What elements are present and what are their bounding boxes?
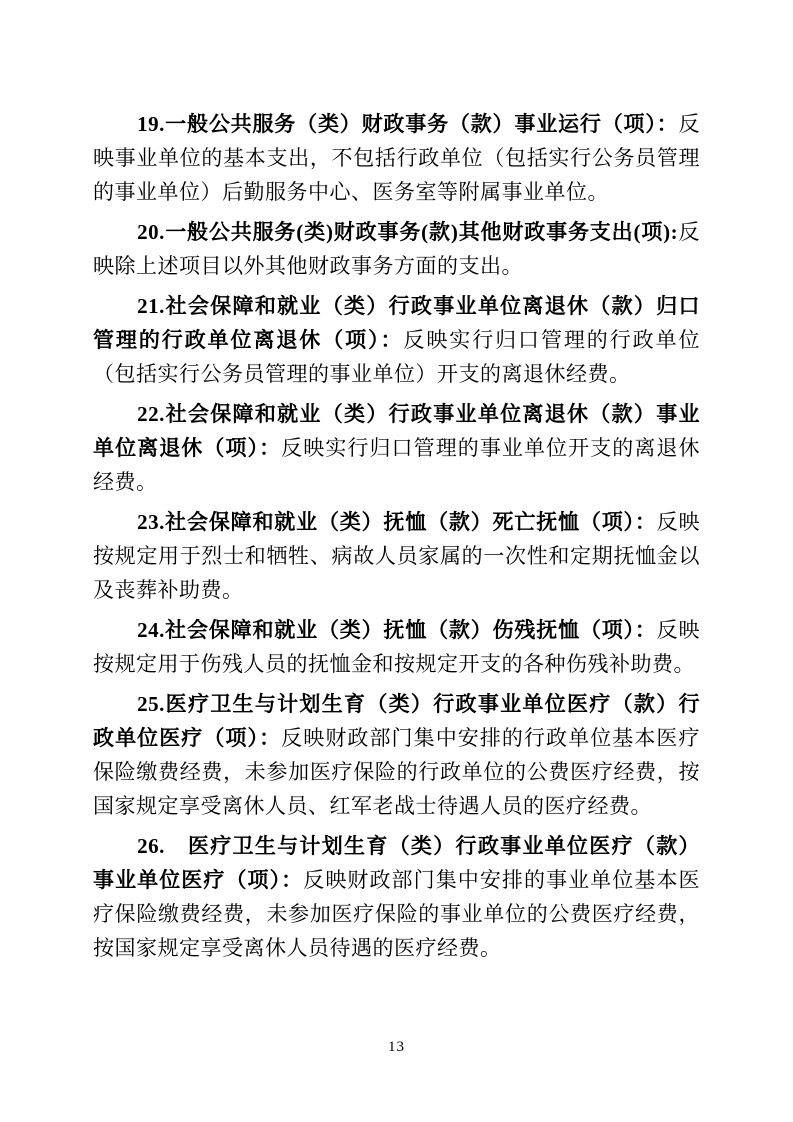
- document-page: 19.一般公共服务（类）财政事务（款）事业运行（项）：反映事业单位的基本支出，不…: [0, 0, 793, 1122]
- budget-item-22: 22.社会保障和就业（类）行政事业单位离退休（款）事业单位离退休（项）：反映实行…: [93, 397, 700, 499]
- budget-item-25: 25.医疗卫生与计划生育（类）行政事业单位医疗（款）行政单位医疗（项）：反映财政…: [93, 687, 700, 823]
- page-number: 13: [0, 1038, 793, 1056]
- budget-item-19: 19.一般公共服务（类）财政事务（款）事业运行（项）：反映事业单位的基本支出，不…: [93, 107, 700, 209]
- budget-item-23: 23.社会保障和就业（类）抚恤（款）死亡抚恤（项）：反映按规定用于烈士和牺牲、病…: [93, 505, 700, 607]
- budget-item-21: 21.社会保障和就业（类）行政事业单位离退休（款）归口管理的行政单位离退休（项）…: [93, 289, 700, 391]
- item-20-heading: 20.一般公共服务(类)财政事务(款)其他财政事务支出(项):: [137, 220, 678, 244]
- budget-item-20: 20.一般公共服务(类)财政事务(款)其他财政事务支出(项):反映除上述项目以外…: [93, 215, 700, 283]
- budget-item-26: 26. 医疗卫生与计划生育（类）行政事业单位医疗（款）事业单位医疗（项）：反映财…: [93, 829, 700, 965]
- budget-item-24: 24.社会保障和就业（类）抚恤（款）伤残抚恤（项）：反映按规定用于伤残人员的抚恤…: [93, 613, 700, 681]
- item-23-heading: 23.社会保障和就业（类）抚恤（款）死亡抚恤（项）：: [137, 510, 657, 534]
- document-body: 19.一般公共服务（类）财政事务（款）事业运行（项）：反映事业单位的基本支出，不…: [93, 107, 700, 971]
- item-19-heading: 19.一般公共服务（类）财政事务（款）事业运行（项）：: [137, 112, 678, 136]
- item-24-heading: 24.社会保障和就业（类）抚恤（款）伤残抚恤（项）：: [137, 618, 657, 642]
